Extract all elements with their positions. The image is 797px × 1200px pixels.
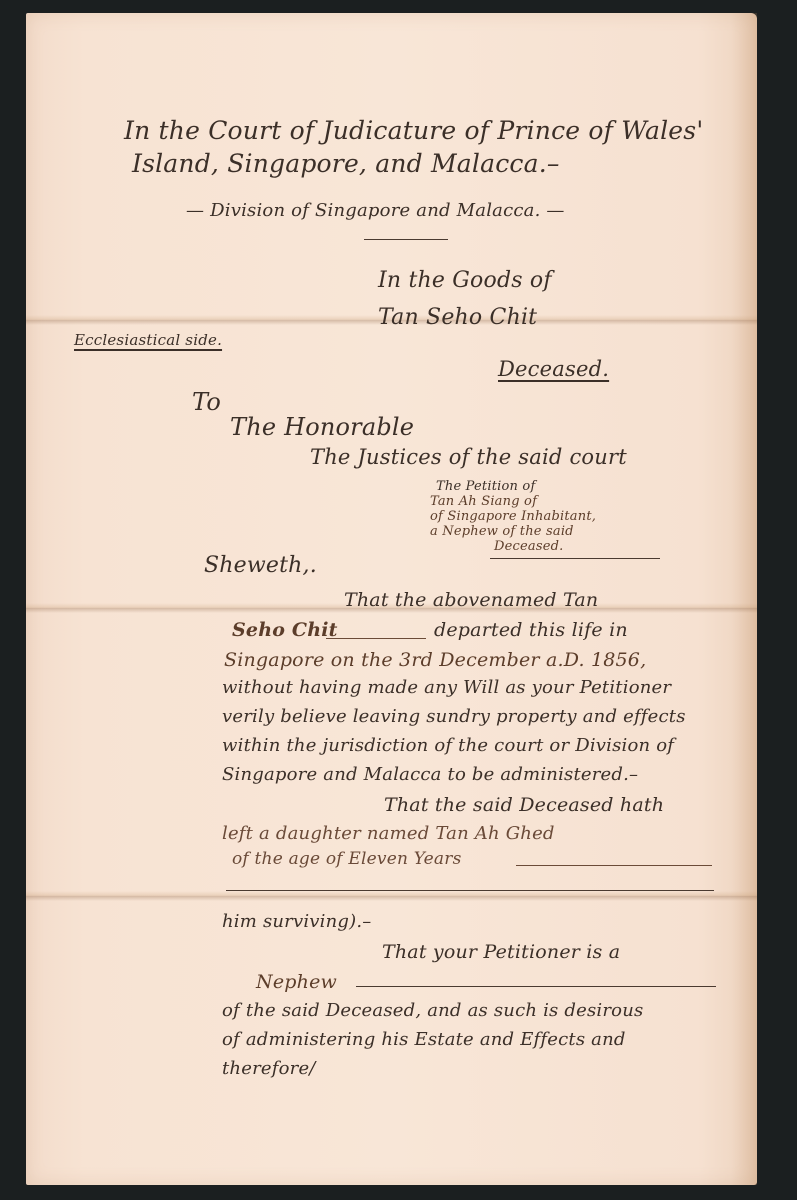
p3-line-4: therefore/	[222, 1058, 316, 1079]
address-honorable: The Honorable	[230, 413, 414, 441]
ecclesiastical-side-note: Ecclesiastical side.	[74, 331, 222, 349]
petitioner-name: Tan Ah Siang of	[430, 494, 537, 509]
p1-fill-line	[326, 638, 426, 639]
court-title-line-1: In the Court of Judicature of Prince of …	[124, 116, 703, 145]
court-title-line-2: Island, Singapore, and Malacca.–	[132, 149, 560, 178]
petitioner-divider	[490, 558, 660, 559]
p2-line-2: left a daughter named Tan Ah Ghed	[222, 823, 555, 844]
p2-blank-line	[226, 890, 714, 891]
p3-line-2: of the said Deceased, and as such is des…	[222, 1000, 643, 1021]
deceased-status: Deceased.	[498, 357, 609, 381]
paper-sheet: In the Court of Judicature of Prince of …	[26, 13, 757, 1185]
p2-line-3: of the age of Eleven Years	[232, 849, 462, 869]
p2-line-4: him surviving).–	[222, 911, 372, 932]
address-to: To	[192, 388, 221, 416]
header-divider	[364, 239, 448, 240]
in-the-goods-label: In the Goods of	[378, 268, 552, 293]
petitioner-residence: of Singapore Inhabitant,	[430, 509, 596, 524]
deceased-name: Tan Seho Chit	[378, 305, 537, 330]
petitioner-relation: a Nephew of the said	[430, 524, 574, 539]
p1-line-1: That the abovenamed Tan	[344, 589, 598, 611]
sheweth-heading: Sheweth,.	[204, 553, 317, 578]
p1-line-7: Singapore and Malacca to be administered…	[222, 764, 638, 785]
p2-line-1: That the said Deceased hath	[384, 794, 664, 816]
p1-line-2: departed this life in	[434, 619, 628, 641]
p1-line-5: verily believe leaving sundry property a…	[222, 706, 686, 727]
p1-line-4: without having made any Will as your Pet…	[222, 677, 671, 698]
p1-line-6: within the jurisdiction of the court or …	[222, 735, 674, 756]
fold-line	[26, 891, 757, 901]
document-viewer: In the Court of Judicature of Prince of …	[0, 0, 797, 1200]
petitioner-deceased: Deceased.	[494, 539, 563, 554]
p2-fill-line	[516, 865, 712, 866]
p3-relation: Nephew	[256, 971, 337, 993]
address-justices: The Justices of the said court	[310, 445, 627, 469]
p3-line-3: of administering his Estate and Effects …	[222, 1029, 626, 1050]
petition-of-label: The Petition of	[436, 479, 535, 494]
division-line: — Division of Singapore and Malacca. —	[186, 200, 565, 221]
p1-name: Seho Chit	[232, 619, 338, 641]
p3-fill-line	[356, 986, 716, 987]
p1-line-3: Singapore on the 3rd December a.D. 1856,	[224, 649, 646, 671]
p3-line-1: That your Petitioner is a	[382, 941, 620, 963]
